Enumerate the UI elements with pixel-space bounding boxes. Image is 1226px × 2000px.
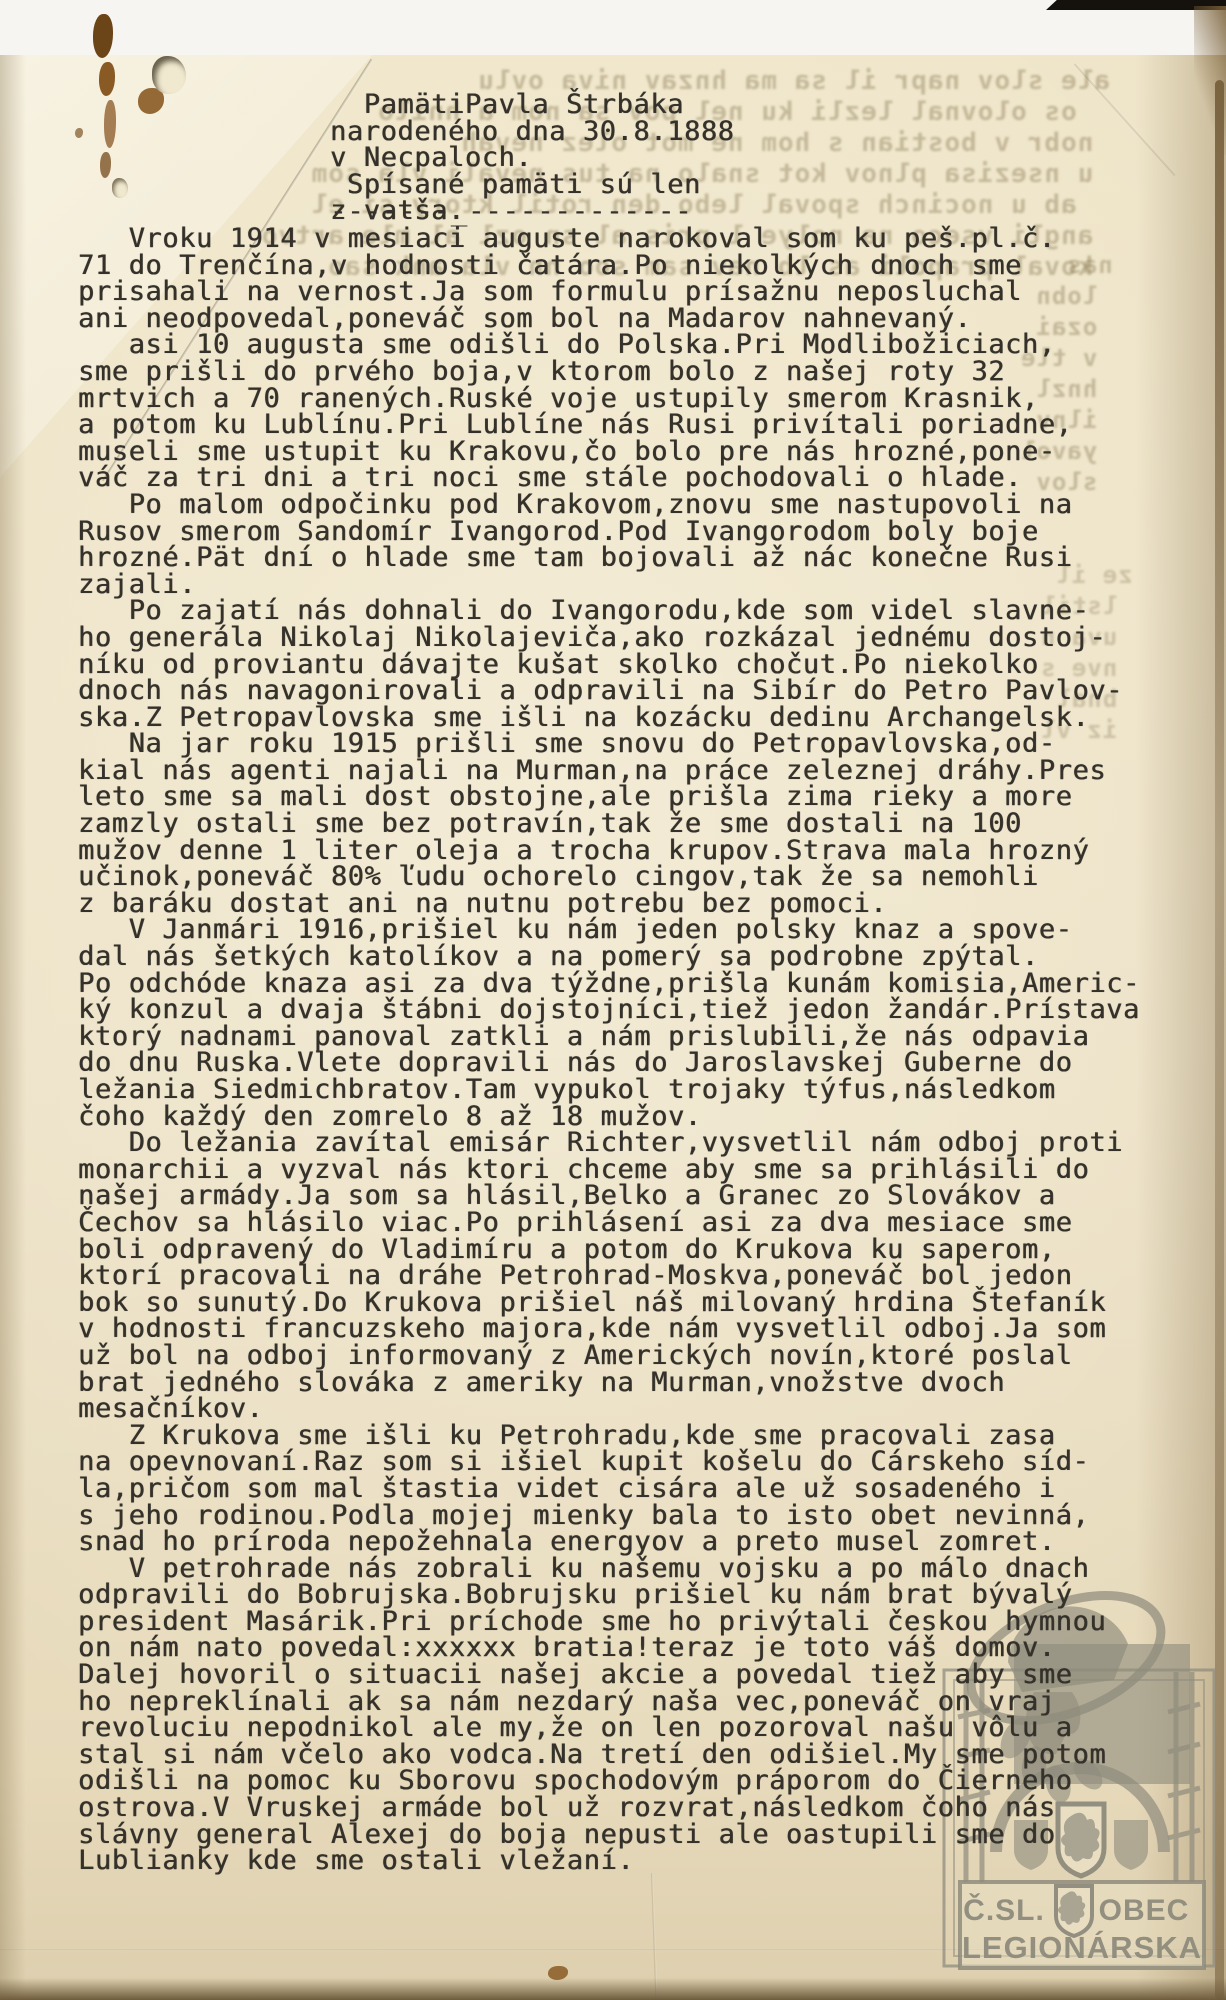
left-edge-shadow xyxy=(0,55,26,2000)
top-right-corner-shadow xyxy=(1194,6,1226,156)
paper-hole xyxy=(152,56,186,94)
document-body-text: Vroku 1914 v mesiaci auguste narokoval s… xyxy=(78,226,1140,1875)
scanned-document-page: ale slov napr il sa ma hnzav niva ovlu o… xyxy=(0,0,1226,2000)
stamp-text-legionarska: LEGIONÁRSKA xyxy=(962,1930,1202,1965)
paper-hole xyxy=(112,178,128,198)
stamp-text-obec: OBEC xyxy=(1099,1894,1190,1927)
stamp-text-csl: Č.SL. xyxy=(963,1893,1045,1927)
rust-stain xyxy=(93,14,113,58)
